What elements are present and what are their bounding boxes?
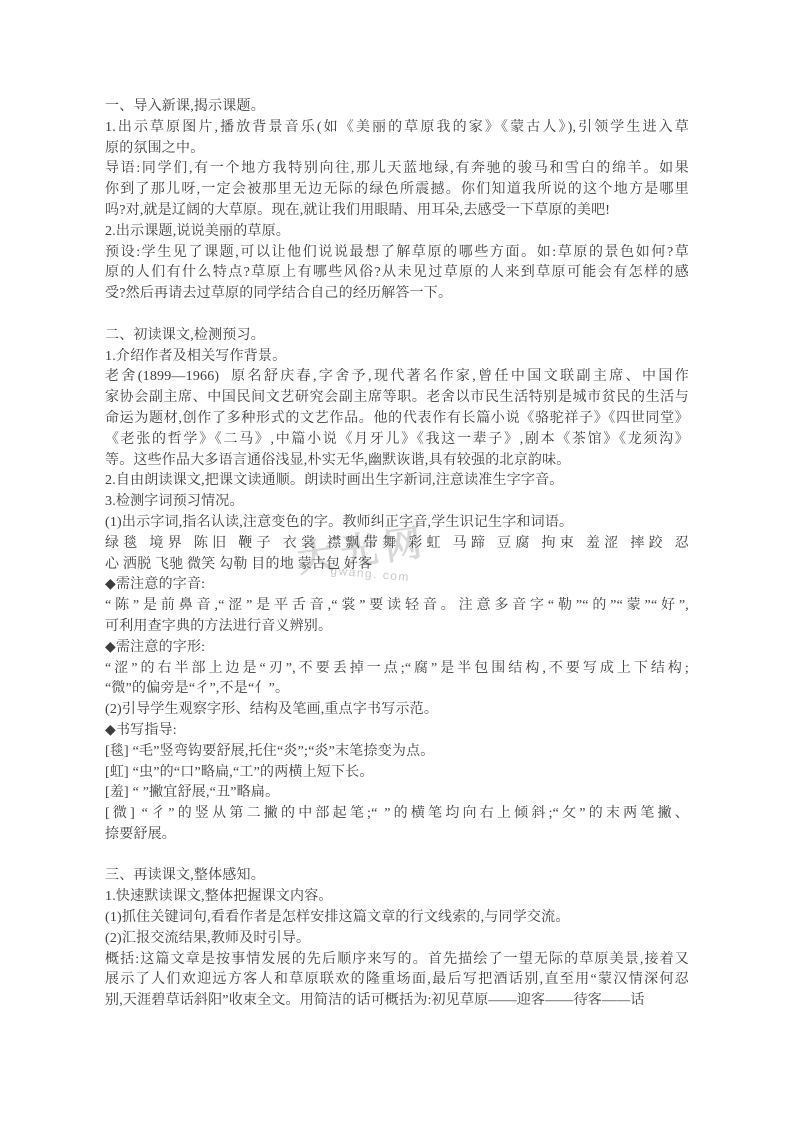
text-line: 展示了人们欢迎远方客人和草原联欢的隆重场面,最后写把酒话别,直至用“蒙汉情深何忍 xyxy=(105,970,689,991)
text-line: 3.检测字词预习情况。 xyxy=(105,492,689,513)
document-page: 大光网 gwang. com 一、导入新课,揭示课题。1.出示草原图片,播放背景… xyxy=(0,0,793,1122)
text-line: ◆书写指导: xyxy=(105,721,689,742)
text-line: 预设:学生见了课题,可以让他们说说最想了解草原的哪些方面。如:草原的景色如何?草 xyxy=(105,243,689,264)
text-line: ◆需注意的字形: xyxy=(105,638,689,659)
text-line: 命运为题材,创作了多种形式的文艺作品。他的代表作有长篇小说《骆驼祥子》《四世同堂… xyxy=(105,409,689,430)
text-line: “微”的偏旁是“彳”,不是“亻”。 xyxy=(105,679,689,700)
text-line: 2.出示课题,说说美丽的草原。 xyxy=(105,222,689,243)
text-line: 二、初读课文,检测预习。 xyxy=(105,326,689,347)
text-line: 原的人们有什么特点?草原上有哪些风俗?从未见过草原的人来到草原可能会有怎样的感 xyxy=(105,263,689,284)
text-line: [羞] “ ”撇宜舒展,“丑”略扁。 xyxy=(105,783,689,804)
text-line: 1.出示草原图片,播放背景音乐(如《美丽的草原我的家》《蒙古人》),引领学生进入… xyxy=(105,118,689,139)
blank-line xyxy=(105,846,689,867)
text-line: [虹] “虫”的“口”略扁,“工”的两横上短下长。 xyxy=(105,763,689,784)
text-line: [微] “彳”的竖从第二撇的中部起笔;“ ”的横笔均向右上倾斜;“攵”的末两笔撇… xyxy=(105,804,689,825)
text-line: 《老张的哲学》《二马》,中篇小说《月牙儿》《我这一辈子》,剧本《茶馆》《龙须沟》 xyxy=(105,430,689,451)
text-line: 导语:同学们,有一个地方我特别向往,那儿天蓝地绿,有奔驰的骏马和雪白的绵羊。如果 xyxy=(105,159,689,180)
text-line: 2.自由朗读课文,把课文读通顺。朗读时画出生字新词,注意读准生字字音。 xyxy=(105,471,689,492)
text-line: [毯] “毛”竖弯钩要舒展,托住“炎”;“炎”末笔捺变为点。 xyxy=(105,742,689,763)
text-line: (2)引导学生观察字形、结构及笔画,重点字书写示范。 xyxy=(105,700,689,721)
text-line: 三、再读课文,整体感知。 xyxy=(105,866,689,887)
text-line: (2)汇报交流结果,教师及时引导。 xyxy=(105,929,689,950)
text-line: 等。这些作品大多语言通俗浅显,朴实无华,幽默诙谐,具有较强的北京韵味。 xyxy=(105,451,689,472)
blank-line xyxy=(105,305,689,326)
text-line: 一、导入新课,揭示课题。 xyxy=(105,97,689,118)
document-body: 一、导入新课,揭示课题。1.出示草原图片,播放背景音乐(如《美丽的草原我的家》《… xyxy=(105,97,689,1012)
text-line: 你到了那儿呀,一定会被那里无边无际的绿色所震撼。你们知道我所说的这个地方是哪里 xyxy=(105,180,689,201)
text-line: 绿毯 境界 陈旧 鞭子 衣裳 襟飘带舞 彩虹 马蹄 豆腐 拘束 羞涩 摔跤 忍 xyxy=(105,534,689,555)
text-line: 心 洒脱 飞驰 微笑 勾勒 目的地 蒙古包 好客 xyxy=(105,555,689,576)
text-line: (1)抓住关键词句,看看作者是怎样安排这篇文章的行文线索的,与同学交流。 xyxy=(105,908,689,929)
text-line: 概括:这篇文章是按事情发展的先后顺序来写的。首先描绘了一望无际的草原美景,接着又 xyxy=(105,950,689,971)
text-line: (1)出示字词,指名认读,注意变色的字。教师纠正字音,学生识记生字和词语。 xyxy=(105,513,689,534)
text-line: 受?然后再请去过草原的同学结合自己的经历解答一下。 xyxy=(105,284,689,305)
text-line: “涩”的右半部上边是“刃”,不要丢掉一点;“腐”是半包围结构,不要写成上下结构; xyxy=(105,659,689,680)
text-line: “陈”是前鼻音,“涩”是平舌音,“裳”要读轻音。注意多音字“勒”“的”“蒙”“好… xyxy=(105,596,689,617)
text-line: 捺要舒展。 xyxy=(105,825,689,846)
text-line: 家协会副主席、中国民间文艺研究会副主席等职。老舍以市民生活特别是城市贫民的生活与 xyxy=(105,388,689,409)
text-line: 吗?对,就是辽阔的大草原。现在,就让我们用眼睛、用耳朵,去感受一下草原的美吧! xyxy=(105,201,689,222)
text-line: 老舍(1899—1966) 原名舒庆春,字舍予,现代著名作家,曾任中国文联副主席… xyxy=(105,367,689,388)
text-line: 原的氛围之中。 xyxy=(105,139,689,160)
text-line: 1.快速默读课文,整体把握课文内容。 xyxy=(105,887,689,908)
text-line: 可利用查字典的方法进行音义辨别。 xyxy=(105,617,689,638)
text-line: 别,天涯碧草话斜阳”收束全文。用简洁的话可概括为:初见草原——迎客——待客——话 xyxy=(105,991,689,1012)
text-line: 1.介绍作者及相关写作背景。 xyxy=(105,347,689,368)
text-line: ◆需注意的字音: xyxy=(105,575,689,596)
